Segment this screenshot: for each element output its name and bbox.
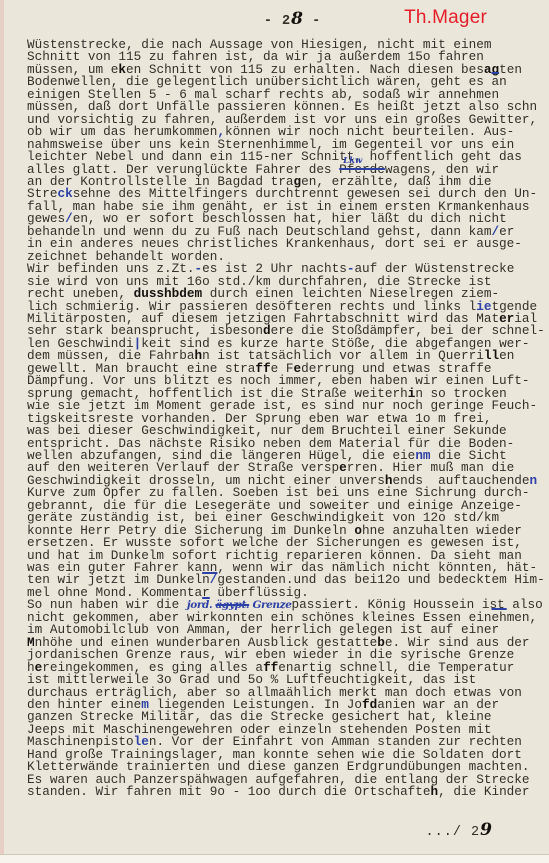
handwritten-next-page-digit: 9	[480, 820, 492, 840]
page-footer: .../ 29	[0, 820, 549, 840]
page-header: - 28 - Th.Mager	[0, 0, 549, 33]
scan-edge-left	[0, 0, 4, 863]
page-number-prefix: - 2	[264, 14, 291, 29]
document-text: Wüstenstrecke, die nach Aussage von Hies…	[0, 39, 549, 799]
page-number: - 28 -	[264, 9, 321, 29]
author-stamp: Th.Mager	[404, 7, 487, 29]
scanned-page: - 28 - Th.Mager Wüstenstrecke, die nach …	[0, 0, 549, 863]
continuation-mark: .../ 2	[426, 825, 481, 840]
page-number-suffix: -	[303, 14, 321, 29]
handwritten-annotation: Lkw	[343, 155, 362, 167]
scan-edge-bottom	[0, 854, 549, 863]
text-line: standen. Wir fahren mit 9o - 1oo durch d…	[27, 786, 549, 798]
handwritten-page-digit: 8	[291, 9, 303, 29]
